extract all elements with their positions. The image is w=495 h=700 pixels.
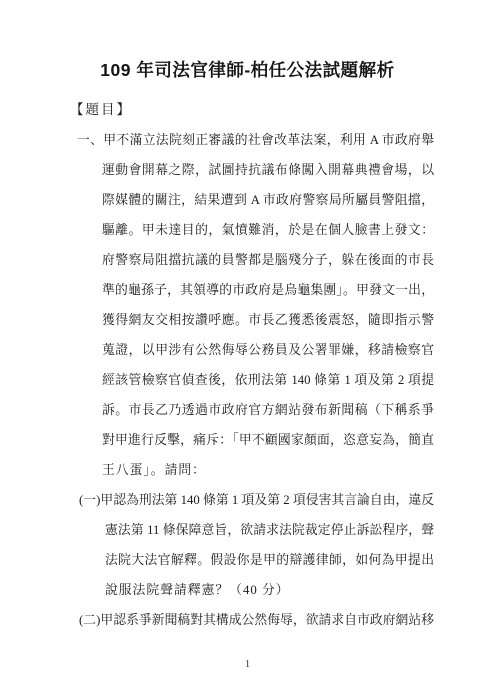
question-line: 驅離。甲未達目的，氣憤難消，於是在個人臉書上發文：「A 市政 [77, 215, 434, 245]
question-line: 憲法第 11 條保障意旨，欲請求法院裁定停止訴訟程序，聲請司 [77, 515, 434, 545]
page-number: 1 [0, 656, 495, 672]
question-line: 訴。市長乙乃透過市政府官方網站發布新聞稿（下稱系爭新聞稿）， [77, 395, 434, 425]
page-title: 109 年司法官律師-柏任公法試題解析 [0, 58, 495, 82]
question-line: 對甲進行反擊，痛斥：「甲不顧國家顏面，恣意妄為，簡直就是 [77, 425, 434, 455]
question-line: 蒐證，以甲涉有公然侮辱公務員及公署罪嫌，移請檢察官偵辦。 [77, 335, 434, 365]
question-line: 一、甲不滿立法院刻正審議的社會改革法案，利用 A 市政府舉辦國際 [77, 125, 434, 155]
question-line: 說服法院聲請釋憲？（40 分） [77, 575, 434, 605]
question-line: (二)甲認系爭新聞稿對其構成公然侮辱，欲請求自市政府網站移 [77, 605, 434, 635]
document-page: 109 年司法官律師-柏任公法試題解析 【題目】 一、甲不滿立法院刻正審議的社會… [0, 0, 495, 700]
question-line: 經該管檢察官偵查後，依刑法第 140 條第 1 項及第 2 項提起公 [77, 365, 434, 395]
section-label: 【題目】 [70, 101, 132, 119]
question-line: 運動會開幕之際，試圖持抗議布條闖入開幕典禮會場，以引起國 [77, 155, 434, 185]
question-line: 準的龜孫子，其領導的市政府是烏龜集團」。甲發文一出，立即 [77, 275, 434, 305]
question-line: 府警察局阻擋抗議的員警都是腦殘分子，躲在後面的市長乙是標 [77, 245, 434, 275]
question-line: 獲得網友交相按讚呼應。市長乙獲悉後震怒，隨即指示警察機關 [77, 305, 434, 335]
question-line: 法院大法官解釋。假設你是甲的辯護律師，如何為甲提出請求， [77, 545, 434, 575]
question-line: 際媒體的關注，結果遭到 A 市政府警察局所屬員警阻擋，並強制 [77, 185, 434, 215]
question-line: 王八蛋」。請問： [77, 455, 434, 485]
question-line: (一)甲認為刑法第 140 條第 1 項及第 2 項侵害其言論自由，違反 [77, 485, 434, 515]
question-lines: 一、甲不滿立法院刻正審議的社會改革法案，利用 A 市政府舉辦國際運動會開幕之際，… [77, 125, 434, 635]
